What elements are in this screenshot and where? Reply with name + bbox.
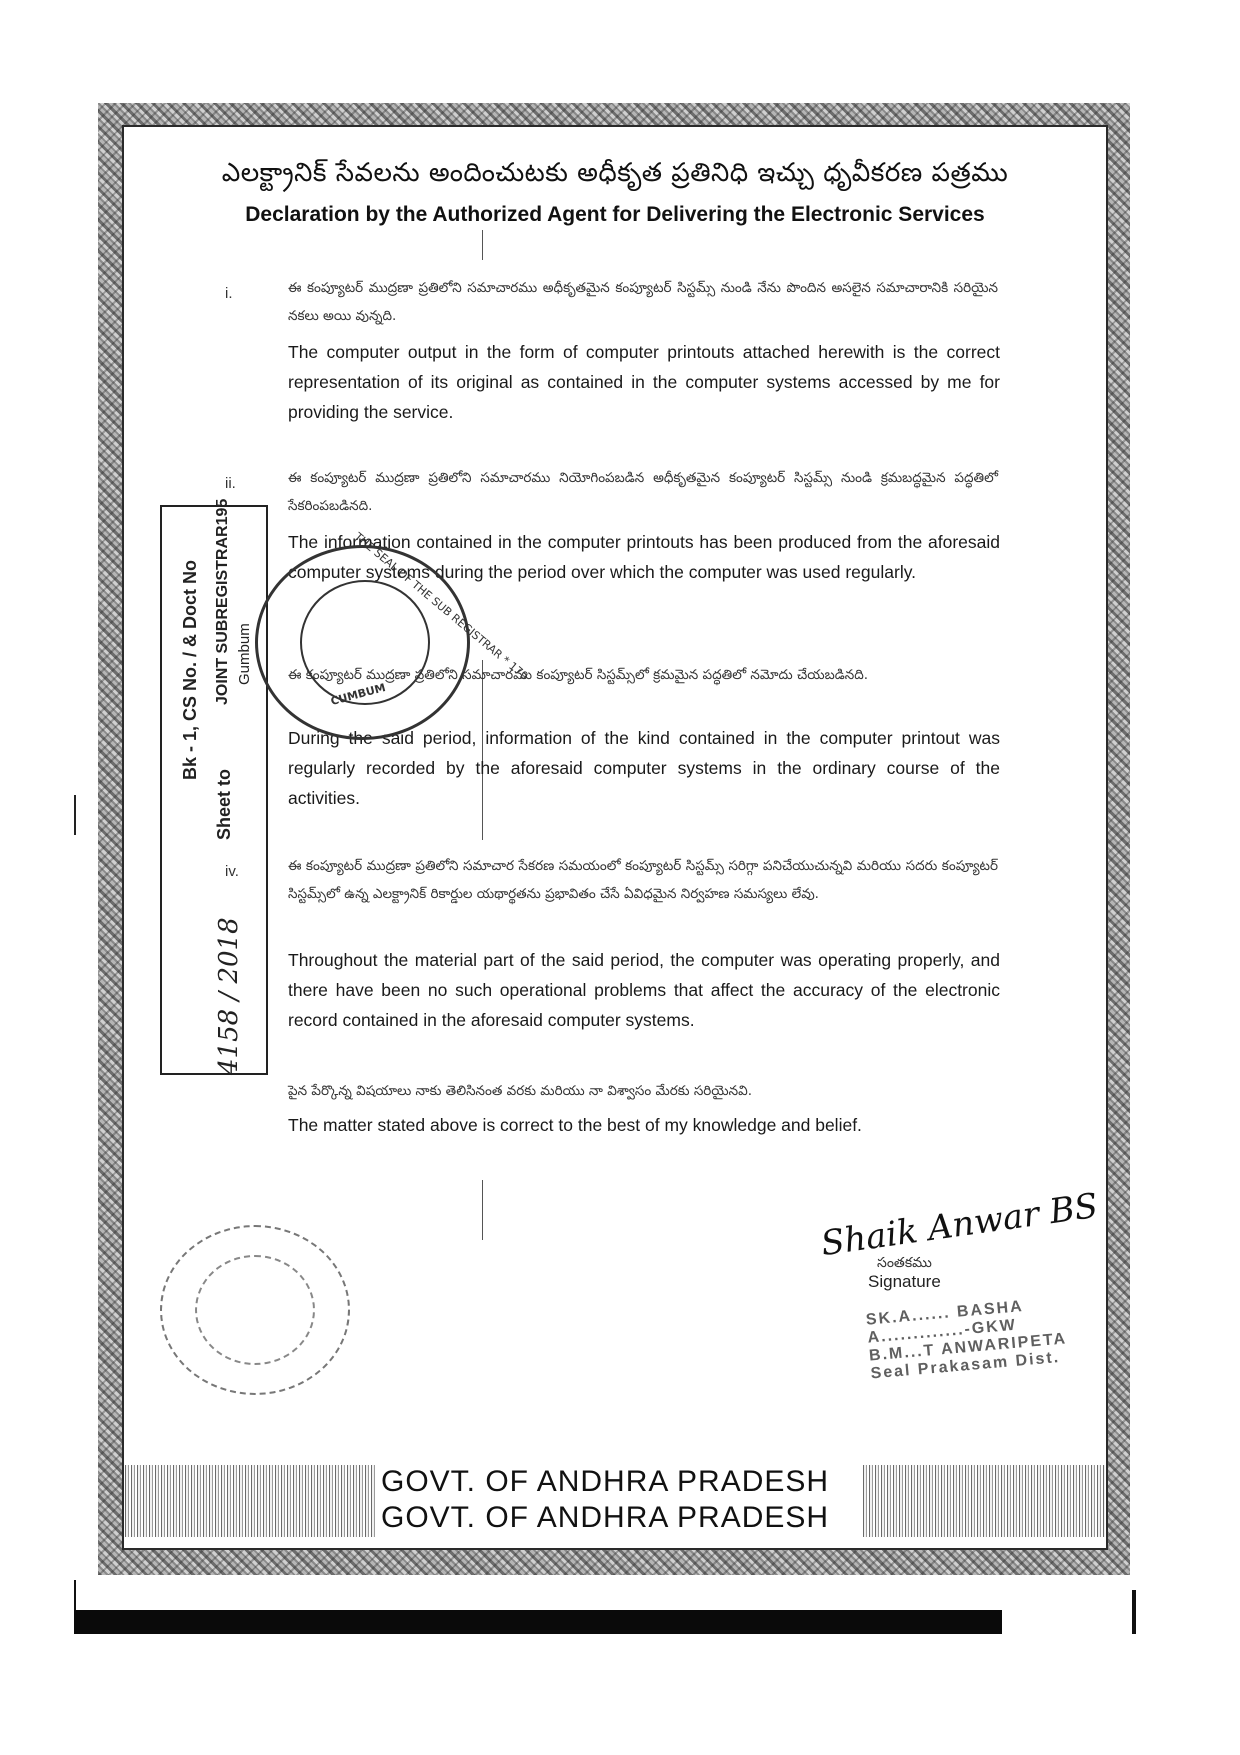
title-telugu: ఎలక్ట్రానిక్ సేవలను అందించుటకు అధీకృత ప్…	[200, 158, 1030, 194]
govt-footer: GOVT. OF ANDHRA PRADESH GOVT. OF ANDHRA …	[125, 1465, 1105, 1537]
paragraph-marker: i.	[225, 285, 233, 302]
stamp-office-line: JOINT SUBREGISTRAR195	[214, 499, 232, 705]
scan-artifact-line	[482, 1180, 483, 1240]
stamp-book-line: Bk - 1, CS No. / & Doct No	[180, 560, 201, 780]
stamp-office-place: Gumbum	[236, 623, 253, 685]
footer-govt-line: GOVT. OF ANDHRA PRADESH	[381, 1465, 829, 1499]
stamp-cs-number: 4158 / 2018	[214, 917, 244, 1075]
footer-govt-line: GOVT. OF ANDHRA PRADESH	[381, 1501, 829, 1535]
scan-edge-mark	[74, 795, 76, 835]
paragraph-marker: ii.	[225, 475, 236, 492]
scan-bottom-bar	[74, 1610, 1002, 1634]
footer-pattern	[125, 1465, 377, 1537]
title-english: Declaration by the Authorized Agent for …	[200, 203, 1030, 227]
paragraph-english: The computer output in the form of compu…	[288, 337, 1000, 427]
agent-seal-inner-ring	[195, 1255, 315, 1365]
paragraph-english: Throughout the material part of the said…	[288, 945, 1000, 1035]
stamp-sheet-line: Sheet to	[214, 769, 235, 840]
footer-pattern	[863, 1465, 1105, 1537]
paragraph-telugu: ఈ కంప్యూటర్ ముద్రణా ప్రతిలోని సమాచారము న…	[288, 464, 998, 520]
paragraph-telugu: ఈ కంప్యూటర్ ముద్రణా ప్రతిలోని సమాచారము అ…	[288, 274, 998, 330]
signature-label-english: Signature	[868, 1272, 941, 1292]
scan-edge-mark	[1132, 1590, 1136, 1634]
closing-english: The matter stated above is correct to th…	[288, 1110, 1000, 1140]
scan-artifact-line	[482, 230, 483, 260]
paragraph-telugu: ఈ కంప్యూటర్ ముద్రణా ప్రతిలోని సమాచార సేక…	[288, 852, 998, 908]
paragraph-english: During the said period, information of t…	[288, 723, 1000, 813]
closing-telugu: పైన పేర్కొన్న విషయాలు నాకు తెలిసినంత వరక…	[288, 1077, 998, 1105]
